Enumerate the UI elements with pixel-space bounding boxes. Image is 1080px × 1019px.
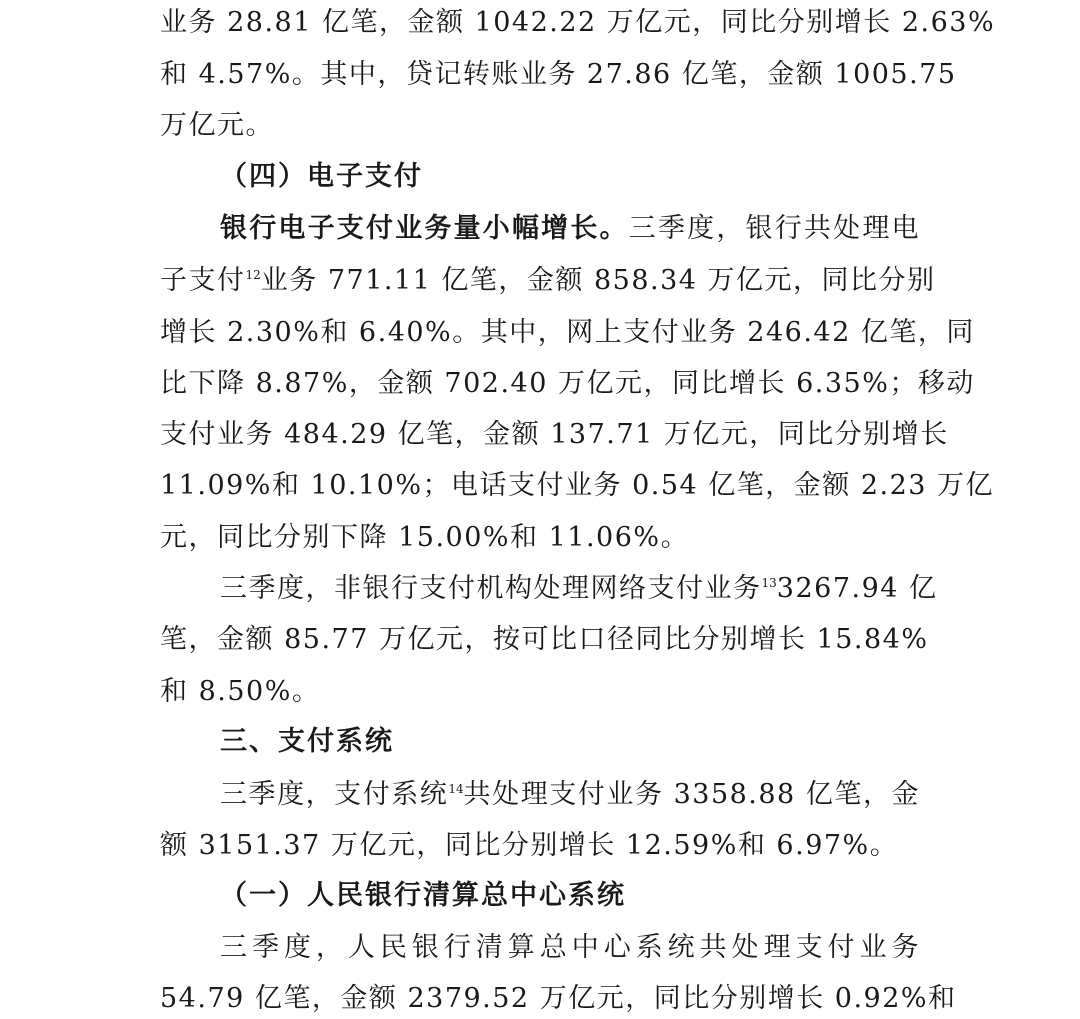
text-span: 3267.94 亿 bbox=[777, 573, 938, 604]
text-line: 元，同比分别下降 15.00%和 11.06%。 bbox=[160, 518, 689, 558]
text-line: 支付业务 484.29 亿笔，金额 137.71 万亿元，同比分别增长 bbox=[160, 415, 920, 455]
section-heading-pboc-clearing: （一）人民银行清算总中心系统 bbox=[220, 876, 626, 916]
text-line: 增长 2.30%和 6.40%。其中，网上支付业务 246.42 亿笔，同 bbox=[160, 313, 920, 353]
footnote-marker: 14 bbox=[448, 782, 463, 796]
lead-sentence: 银行电子支付业务量小幅增长。 bbox=[220, 213, 629, 244]
text-line: 和 8.50%。 bbox=[160, 672, 320, 712]
text-line: 三季度，人民银行清算总中心系统共处理支付业务 bbox=[220, 928, 920, 968]
text-line: 比下降 8.87%，金额 702.40 万亿元，同比增长 6.35%；移动 bbox=[160, 364, 920, 404]
text-line: 11.09%和 10.10%；电话支付业务 0.54 亿笔，金额 2.23 万亿 bbox=[160, 466, 920, 506]
text-line: 54.79 亿笔，金额 2379.52 万亿元，同比分别增长 0.92%和 bbox=[160, 979, 920, 1019]
text-line: 三季度，非银行支付机构处理网络支付业务133267.94 亿 bbox=[220, 569, 920, 609]
text-span: 三季度，支付系统 bbox=[220, 779, 448, 810]
text-line: 业务 28.81 亿笔，金额 1042.22 万亿元，同比分别增长 2.63% bbox=[160, 3, 920, 43]
footnote-marker: 12 bbox=[246, 268, 261, 282]
text-line: 笔，金额 85.77 万亿元，按可比口径同比分别增长 15.84% bbox=[160, 620, 920, 660]
text-span: 三季度，非银行支付机构处理网络支付业务 bbox=[220, 573, 762, 604]
text-line: 银行电子支付业务量小幅增长。三季度，银行共处理电 bbox=[220, 209, 920, 249]
text-line: 万亿元。 bbox=[160, 106, 274, 146]
text-span: 业务 771.11 亿笔，金额 858.34 万亿元，同比分别 bbox=[261, 265, 936, 296]
text-line: 额 3151.37 万亿元，同比分别增长 12.59%和 6.97%。 bbox=[160, 826, 898, 866]
text-span: 共处理支付业务 3358.88 亿笔，金 bbox=[464, 779, 920, 810]
text-span: 子支付 bbox=[160, 265, 246, 296]
text-line: 子支付12业务 771.11 亿笔，金额 858.34 万亿元，同比分别 bbox=[160, 261, 920, 301]
text-line: 三季度，支付系统14共处理支付业务 3358.88 亿笔，金 bbox=[220, 775, 920, 815]
text-span: 三季度，银行共处理电 bbox=[629, 213, 920, 244]
section-heading-e-payment: （四）电子支付 bbox=[220, 157, 423, 197]
text-line: 和 4.57%。其中，贷记转账业务 27.86 亿笔，金额 1005.75 bbox=[160, 55, 920, 95]
footnote-marker: 13 bbox=[762, 576, 777, 590]
section-heading-payment-system: 三、支付系统 bbox=[220, 722, 394, 762]
